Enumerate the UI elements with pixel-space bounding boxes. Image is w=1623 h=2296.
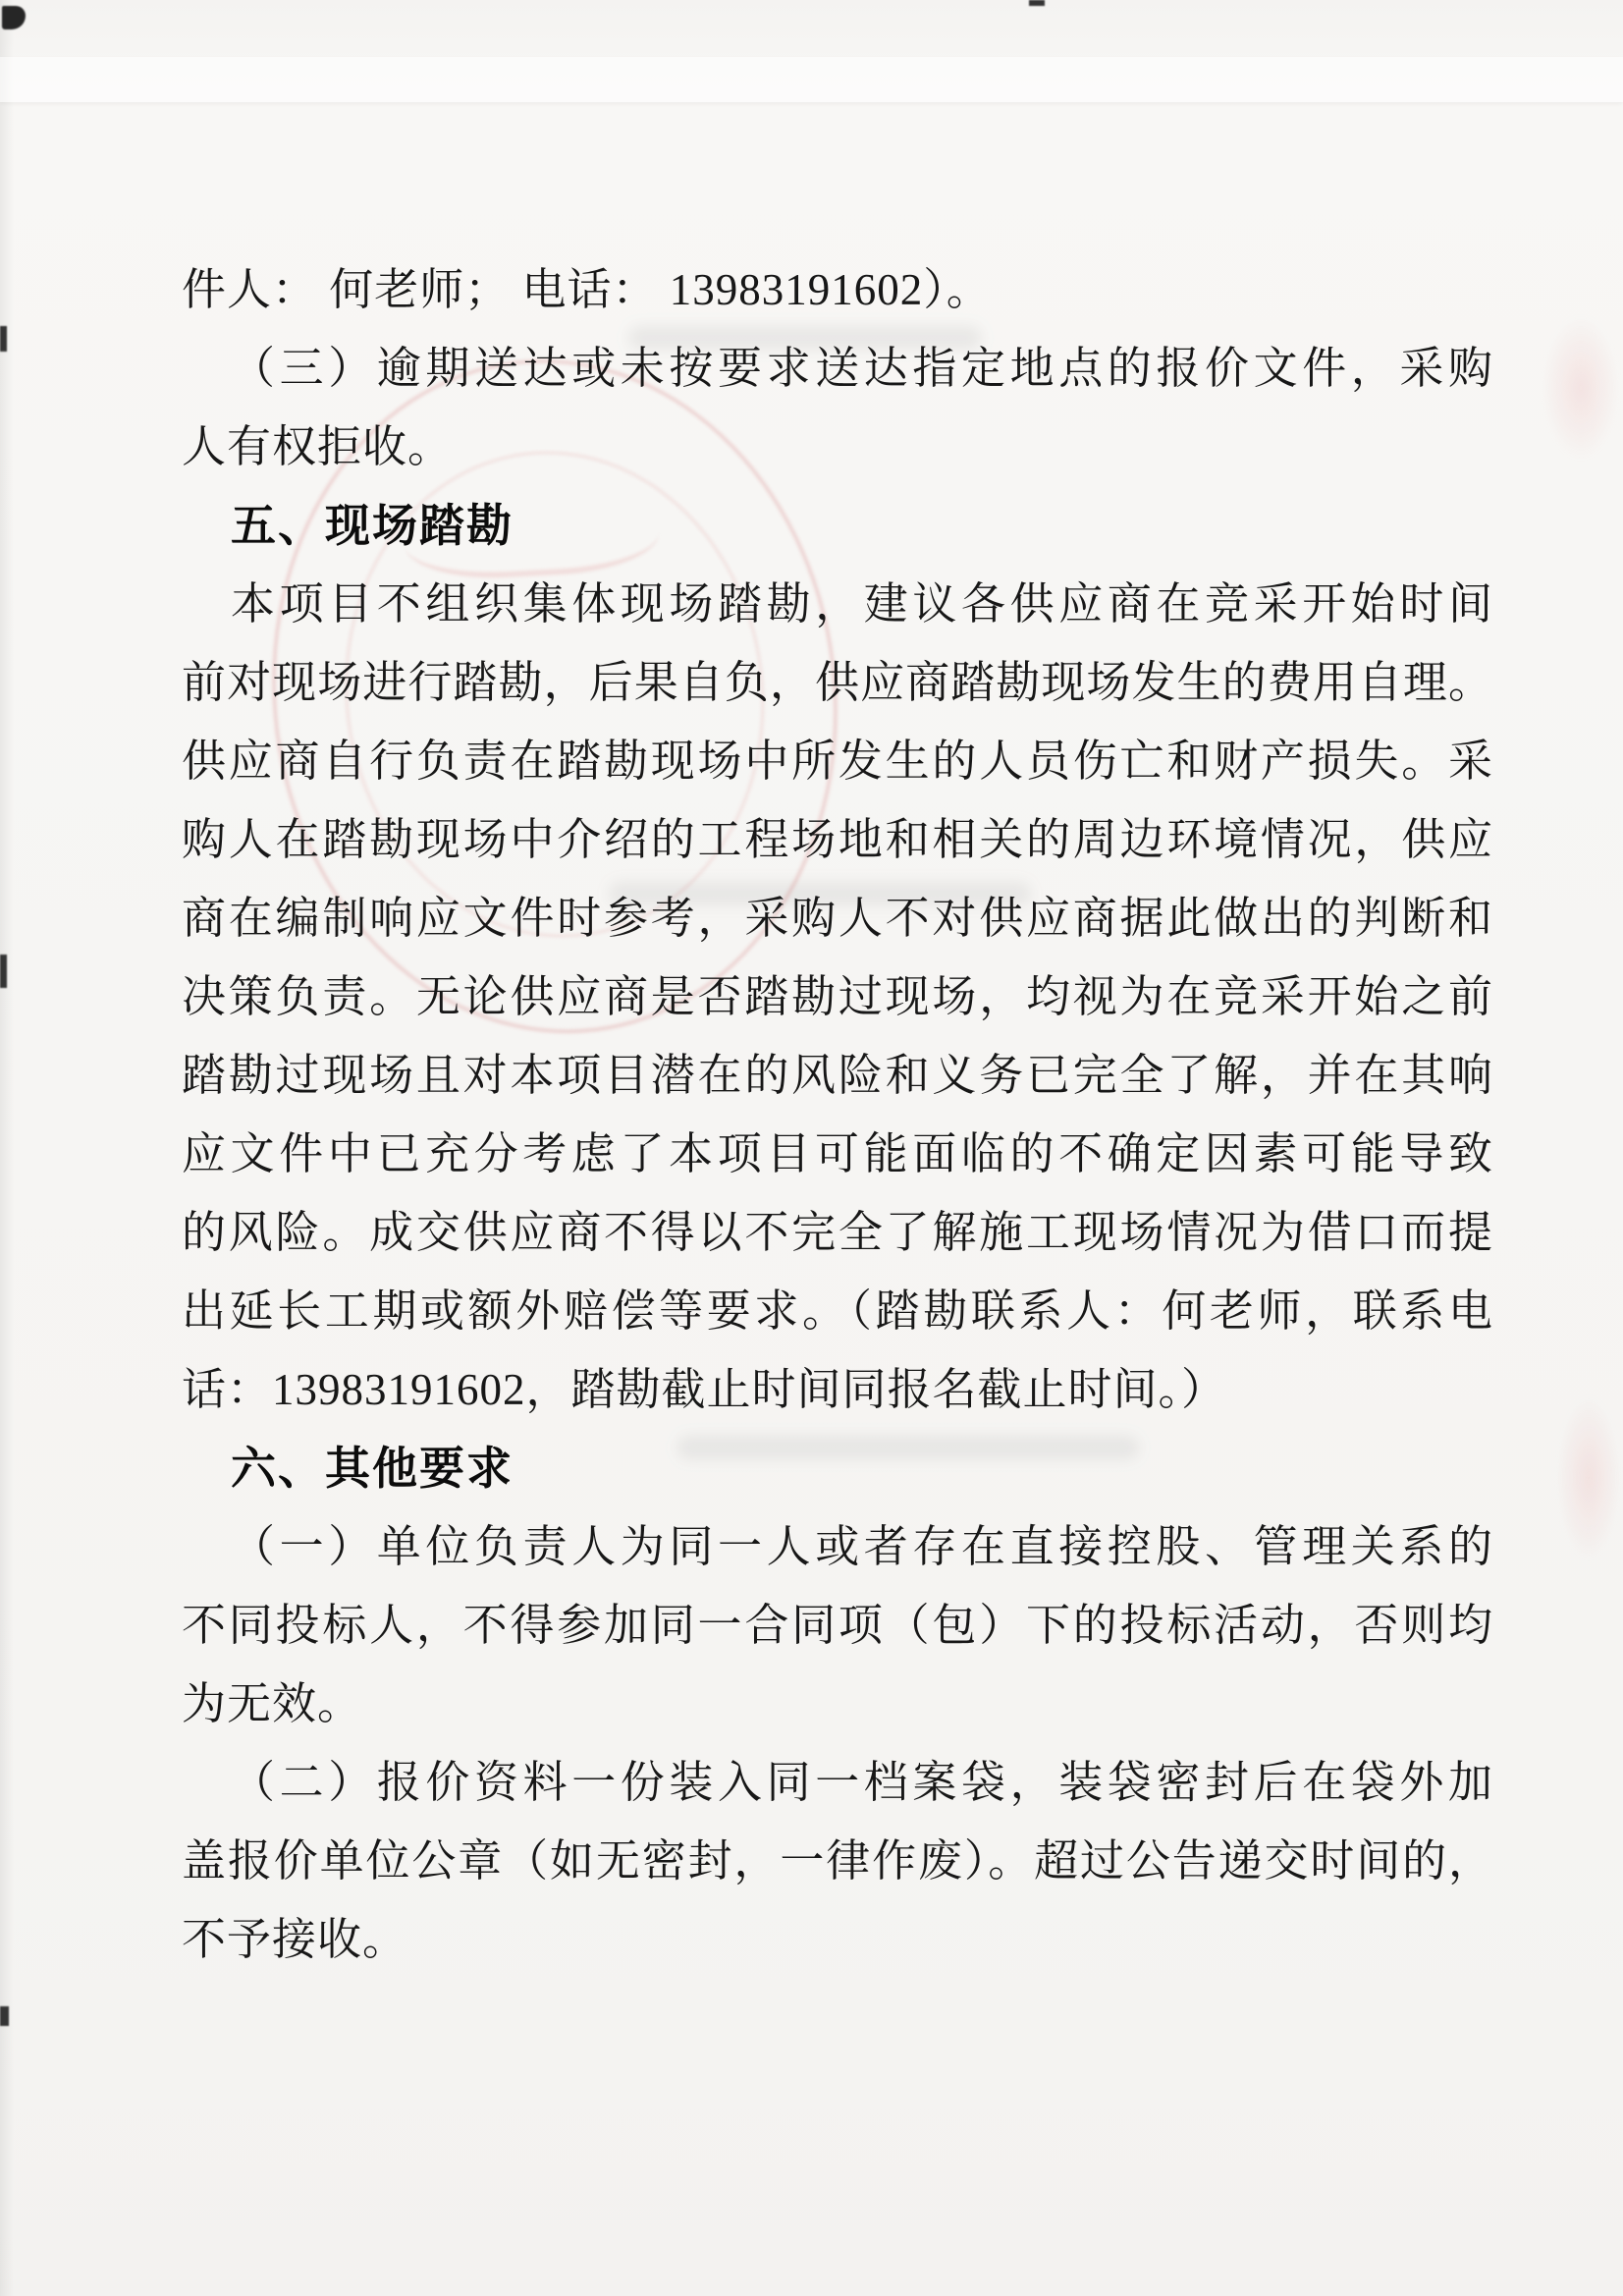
scan-edge-mark: [0, 955, 7, 988]
pink-smudge: [1556, 1394, 1621, 1561]
scan-edge-mark: [0, 2006, 9, 2026]
text-line: 件人： 何老师； 电话： 13983191602）。: [182, 250, 1493, 329]
document-body: 件人： 何老师； 电话： 13983191602）。（三）逾期送达或未按要求送达…: [182, 250, 1493, 1979]
text-line: 供应商自行负责在踏勘现场中所发生的人员伤亡和财产损失。采: [182, 722, 1493, 800]
text-line: 为无效。: [182, 1665, 1493, 1743]
text-line: （一）单位负责人为同一人或者存在直接控股、管理关系的: [182, 1507, 1493, 1586]
pink-smudge: [1542, 314, 1620, 462]
text-line: 购人在踏勘现场中介绍的工程场地和相关的周边环境情况，供应: [182, 800, 1493, 879]
text-line: 商在编制响应文件时参考，采购人不对供应商据此做出的判断和: [182, 879, 1493, 957]
scan-edge-mark: [0, 326, 7, 352]
scan-light-band: [0, 57, 1623, 102]
text-line: 踏勘过现场且对本项目潜在的风险和义务已完全了解，并在其响: [182, 1036, 1493, 1115]
text-line: （三）逾期送达或未按要求送达指定地点的报价文件，采购: [182, 329, 1493, 408]
text-line: 的风险。成交供应商不得以不完全了解施工现场情况为借口而提: [182, 1193, 1493, 1272]
scan-edge-mark: [1029, 0, 1045, 6]
section-heading: 六、其他要求: [182, 1429, 1493, 1507]
section-heading: 五、现场踏勘: [182, 486, 1493, 565]
text-line: 不同投标人，不得参加同一合同项（包）下的投标活动，否则均: [182, 1586, 1493, 1665]
text-line: 本项目不组织集体现场踏勘，建议各供应商在竞采开始时间: [182, 565, 1493, 643]
text-line: 不予接收。: [182, 1900, 1493, 1979]
text-line: 话：13983191602，踏勘截止时间同报名截止时间。）: [182, 1350, 1493, 1429]
text-line: 决策负责。无论供应商是否踏勘过现场，均视为在竞采开始之前: [182, 957, 1493, 1036]
text-line: （二）报价资料一份装入同一档案袋，装袋密封后在袋外加: [182, 1743, 1493, 1822]
text-line: 出延长工期或额外赔偿等要求。（踏勘联系人：何老师，联系电: [182, 1272, 1493, 1350]
text-line: 前对现场进行踏勘，后果自负，供应商踏勘现场发生的费用自理。: [182, 643, 1493, 722]
text-line: 人有权拒收。: [182, 408, 1493, 486]
text-line: 盖报价单位公章（如无密封，一律作废）。超过公告递交时间的，: [182, 1822, 1493, 1900]
text-line: 应文件中已充分考虑了本项目可能面临的不确定因素可能导致: [182, 1115, 1493, 1193]
scanned-document-page: 件人： 何老师； 电话： 13983191602）。（三）逾期送达或未按要求送达…: [0, 0, 1623, 2296]
scan-corner-mark: [2, 6, 26, 29]
